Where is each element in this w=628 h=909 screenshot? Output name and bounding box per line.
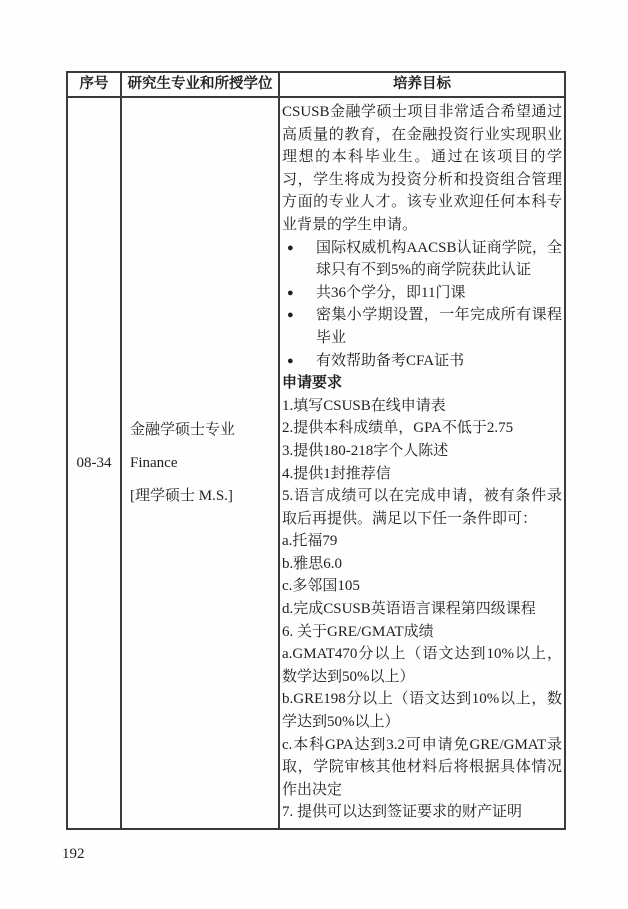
requirement-item: 7. 提供可以达到签证要求的财产证明 — [282, 801, 562, 824]
list-item: ● 密集小学期设置，一年完成所有课程毕业 — [282, 304, 562, 349]
requirement-item: a.GMAT470分以上（语文达到10%以上，数学达到50%以上） — [282, 643, 562, 688]
requirement-item: b.GRE198分以上（语文达到10%以上，数学达到50%以上） — [282, 688, 562, 733]
header-training-objectives: 培养目标 — [280, 73, 564, 96]
requirement-item: 5.语言成绩可以在完成申请，被有条件录取后再提供。满足以下任一条件即可： — [282, 485, 562, 530]
program-id-cell: 08-34 — [68, 98, 122, 828]
bullet-icon: ● — [287, 304, 294, 327]
requirement-item: 3.提供180-218字个人陈述 — [282, 440, 562, 463]
requirement-item: a.托福79 — [282, 530, 562, 553]
requirement-item: 1.填写CSUSB在线申请表 — [282, 395, 562, 418]
bullet-text: 国际权威机构AACSB认证商学院，全球只有不到5%的商学院获此认证 — [316, 240, 562, 279]
requirement-item: b.雅思6.0 — [282, 553, 562, 576]
table-row: 08-34 金融学硕士专业 Finance [理学硕士 M.S.] CSUSB金… — [68, 98, 564, 828]
list-item: ● 共36个学分，即11门课 — [282, 282, 562, 305]
program-table: 序号 研究生专业和所授学位 培养目标 08-34 金融学硕士专业 Finance… — [66, 71, 566, 830]
requirements-heading: 申请要求 — [282, 372, 562, 395]
table-header-row: 序号 研究生专业和所授学位 培养目标 — [68, 73, 564, 98]
header-program-degree: 研究生专业和所授学位 — [122, 73, 280, 96]
scanned-document-page: { "page": { "number": "192" }, "glyphs":… — [0, 0, 628, 909]
bullet-icon: ● — [287, 237, 294, 260]
page-number: 192 — [62, 844, 85, 864]
program-name-cell: 金融学硕士专业 Finance [理学硕士 M.S.] — [122, 98, 280, 828]
requirement-item: d.完成CSUSB英语语言课程第四级课程 — [282, 598, 562, 621]
program-intro-paragraph: CSUSB金融学硕士项目非常适合希望通过高质量的教育，在金融投资行业实现职业理想… — [282, 101, 562, 237]
bullet-text: 密集小学期设置，一年完成所有课程毕业 — [316, 307, 562, 346]
program-name-en: Finance — [130, 447, 278, 480]
objectives-cell: CSUSB金融学硕士项目非常适合希望通过高质量的教育，在金融投资行业实现职业理想… — [280, 98, 564, 828]
bullet-text: 有效帮助备考CFA证书 — [316, 353, 464, 369]
program-name-cn: 金融学硕士专业 — [130, 414, 278, 447]
program-degree: [理学硕士 M.S.] — [130, 480, 278, 513]
bullet-text: 共36个学分，即11门课 — [316, 285, 465, 301]
requirement-item: 6. 关于GRE/GMAT成绩 — [282, 621, 562, 644]
program-id: 08-34 — [77, 455, 112, 472]
bullet-icon: ● — [287, 282, 294, 305]
header-serial-number: 序号 — [68, 73, 122, 96]
requirement-item: 2.提供本科成绩单，GPA不低于2.75 — [282, 417, 562, 440]
bullet-icon: ● — [287, 350, 294, 373]
requirement-item: 4.提供1封推荐信 — [282, 463, 562, 486]
requirement-item: c.本科GPA达到3.2可申请免GRE/GMAT录取，学院审核其他材料后将根据具… — [282, 734, 562, 802]
list-item: ● 有效帮助备考CFA证书 — [282, 350, 562, 373]
list-item: ● 国际权威机构AACSB认证商学院，全球只有不到5%的商学院获此认证 — [282, 237, 562, 282]
requirement-item: c.多邻国105 — [282, 575, 562, 598]
